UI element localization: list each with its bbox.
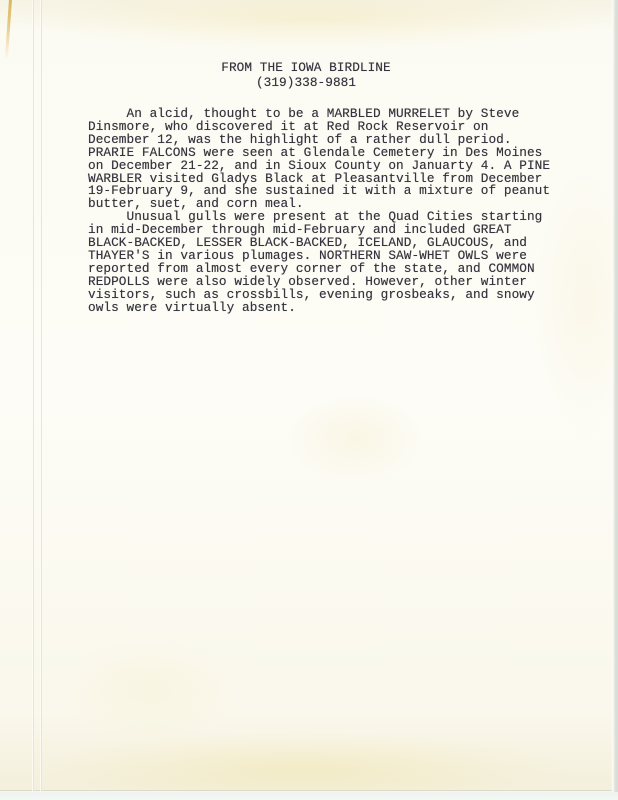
paper-fold-line	[40, 0, 42, 791]
paper-fold-line	[32, 0, 34, 791]
document-body-text: An alcid, thought to be a MARBLED MURREL…	[88, 108, 568, 315]
scan-right-edge	[611, 0, 618, 800]
document-phone-number: (319)338-9881	[0, 75, 612, 90]
scan-bottom-strip	[0, 792, 618, 800]
document-header: FROM THE IOWA BIRDLINE (319)338-9881	[0, 60, 612, 90]
document-title: FROM THE IOWA BIRDLINE	[0, 60, 612, 75]
scanned-page: FROM THE IOWA BIRDLINE (319)338-9881 An …	[0, 0, 618, 800]
